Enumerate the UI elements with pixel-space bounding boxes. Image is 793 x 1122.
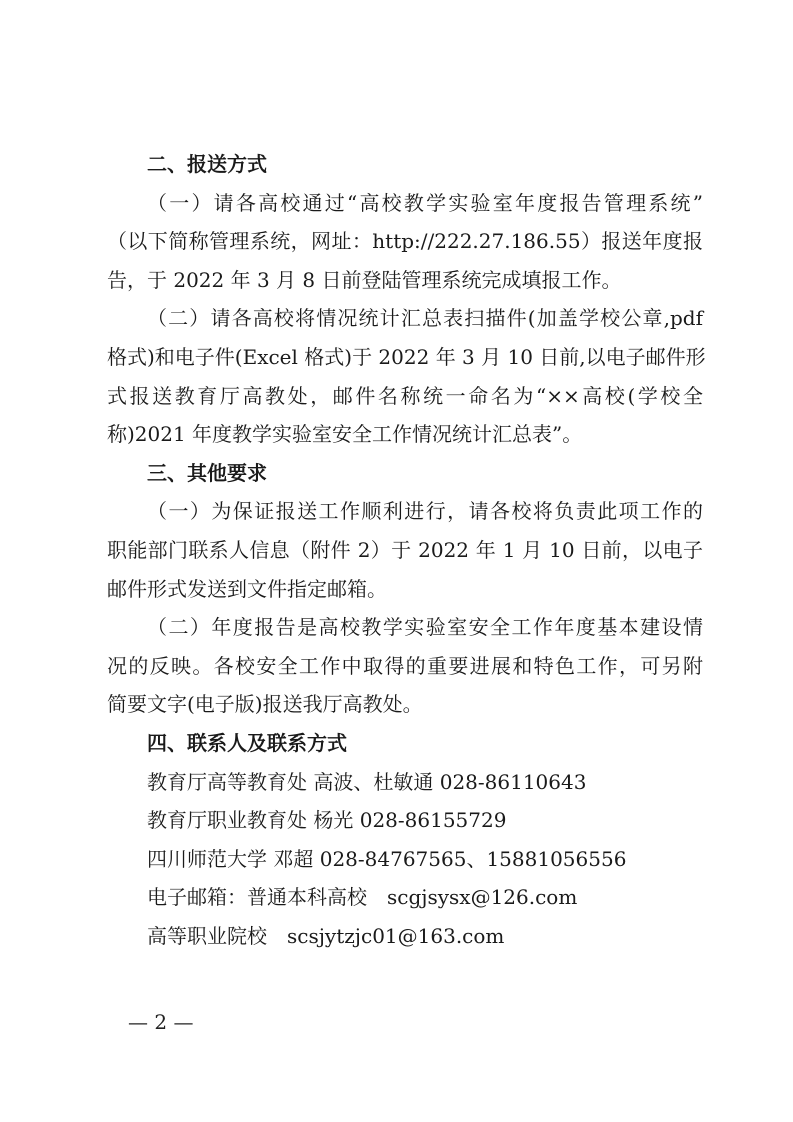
text-line: （二）年度报告是高校教学实验室安全工作年度基本建设情 bbox=[107, 608, 703, 647]
section-heading-submission-method: 二、报送方式 bbox=[107, 145, 703, 184]
contact-higher-education-office: 教育厅高等教育处 高波、杜敏通 028-86110643 bbox=[107, 763, 703, 802]
text-line: 式报送教育厅高教处，邮件名称统一命名为“××高校(学校全 bbox=[107, 377, 703, 416]
text-line: 邮件形式发送到文件指定邮箱。 bbox=[107, 570, 703, 609]
text-line: 职能部门联系人信息（附件 2）于 2022 年 1 月 10 日前，以电子 bbox=[107, 531, 703, 570]
contact-sichuan-normal-university: 四川师范大学 邓超 028-84767565、15881056556 bbox=[107, 840, 703, 879]
paragraph-submission-email: （二）请各高校将情况统计汇总表扫描件(加盖学校公章,pdf 格式)和电子件(Ex… bbox=[107, 299, 703, 453]
text-line: （一）为保证报送工作顺利进行，请各校将负责此项工作的 bbox=[107, 492, 703, 531]
paragraph-annual-report: （二）年度报告是高校教学实验室安全工作年度基本建设情 况的反映。各校安全工作中取… bbox=[107, 608, 703, 724]
text-line: 简要文字(电子版)报送我厅高教处。 bbox=[107, 685, 703, 724]
section-heading-other-requirements: 三、其他要求 bbox=[107, 454, 703, 493]
text-line: （二）请各高校将情况统计汇总表扫描件(加盖学校公章,pdf bbox=[107, 299, 703, 338]
text-line: 格式)和电子件(Excel 格式)于 2022 年 3 月 10 日前,以电子邮… bbox=[107, 338, 703, 377]
contact-email-undergraduate: 电子邮箱：普通本科高校 scgjsysx@126.com bbox=[107, 878, 703, 917]
page-number: — 2 — bbox=[128, 1010, 193, 1034]
document-page: 二、报送方式 （一）请各高校通过“高校教学实验室年度报告管理系统” （以下简称管… bbox=[107, 145, 703, 955]
contact-email-vocational: 高等职业院校 scsjytzjc01@163.com bbox=[107, 917, 703, 956]
text-line: （以下简称管理系统，网址：http://222.27.186.55）报送年度报 bbox=[107, 222, 703, 261]
paragraph-submission-system: （一）请各高校通过“高校教学实验室年度报告管理系统” （以下简称管理系统，网址：… bbox=[107, 184, 703, 300]
contact-vocational-education-office: 教育厅职业教育处 杨光 028-86155729 bbox=[107, 801, 703, 840]
text-line: 称)2021 年度教学实验室安全工作情况统计汇总表”。 bbox=[107, 415, 703, 454]
paragraph-contact-info-submission: （一）为保证报送工作顺利进行，请各校将负责此项工作的 职能部门联系人信息（附件 … bbox=[107, 492, 703, 608]
text-line: 告，于 2022 年 3 月 8 日前登陆管理系统完成填报工作。 bbox=[107, 261, 703, 300]
contact-list: 教育厅高等教育处 高波、杜敏通 028-86110643 教育厅职业教育处 杨光… bbox=[107, 763, 703, 956]
text-line: 况的反映。各校安全工作中取得的重要进展和特色工作，可另附 bbox=[107, 647, 703, 686]
section-heading-contacts: 四、联系人及联系方式 bbox=[107, 724, 703, 763]
text-line: （一）请各高校通过“高校教学实验室年度报告管理系统” bbox=[107, 184, 703, 223]
